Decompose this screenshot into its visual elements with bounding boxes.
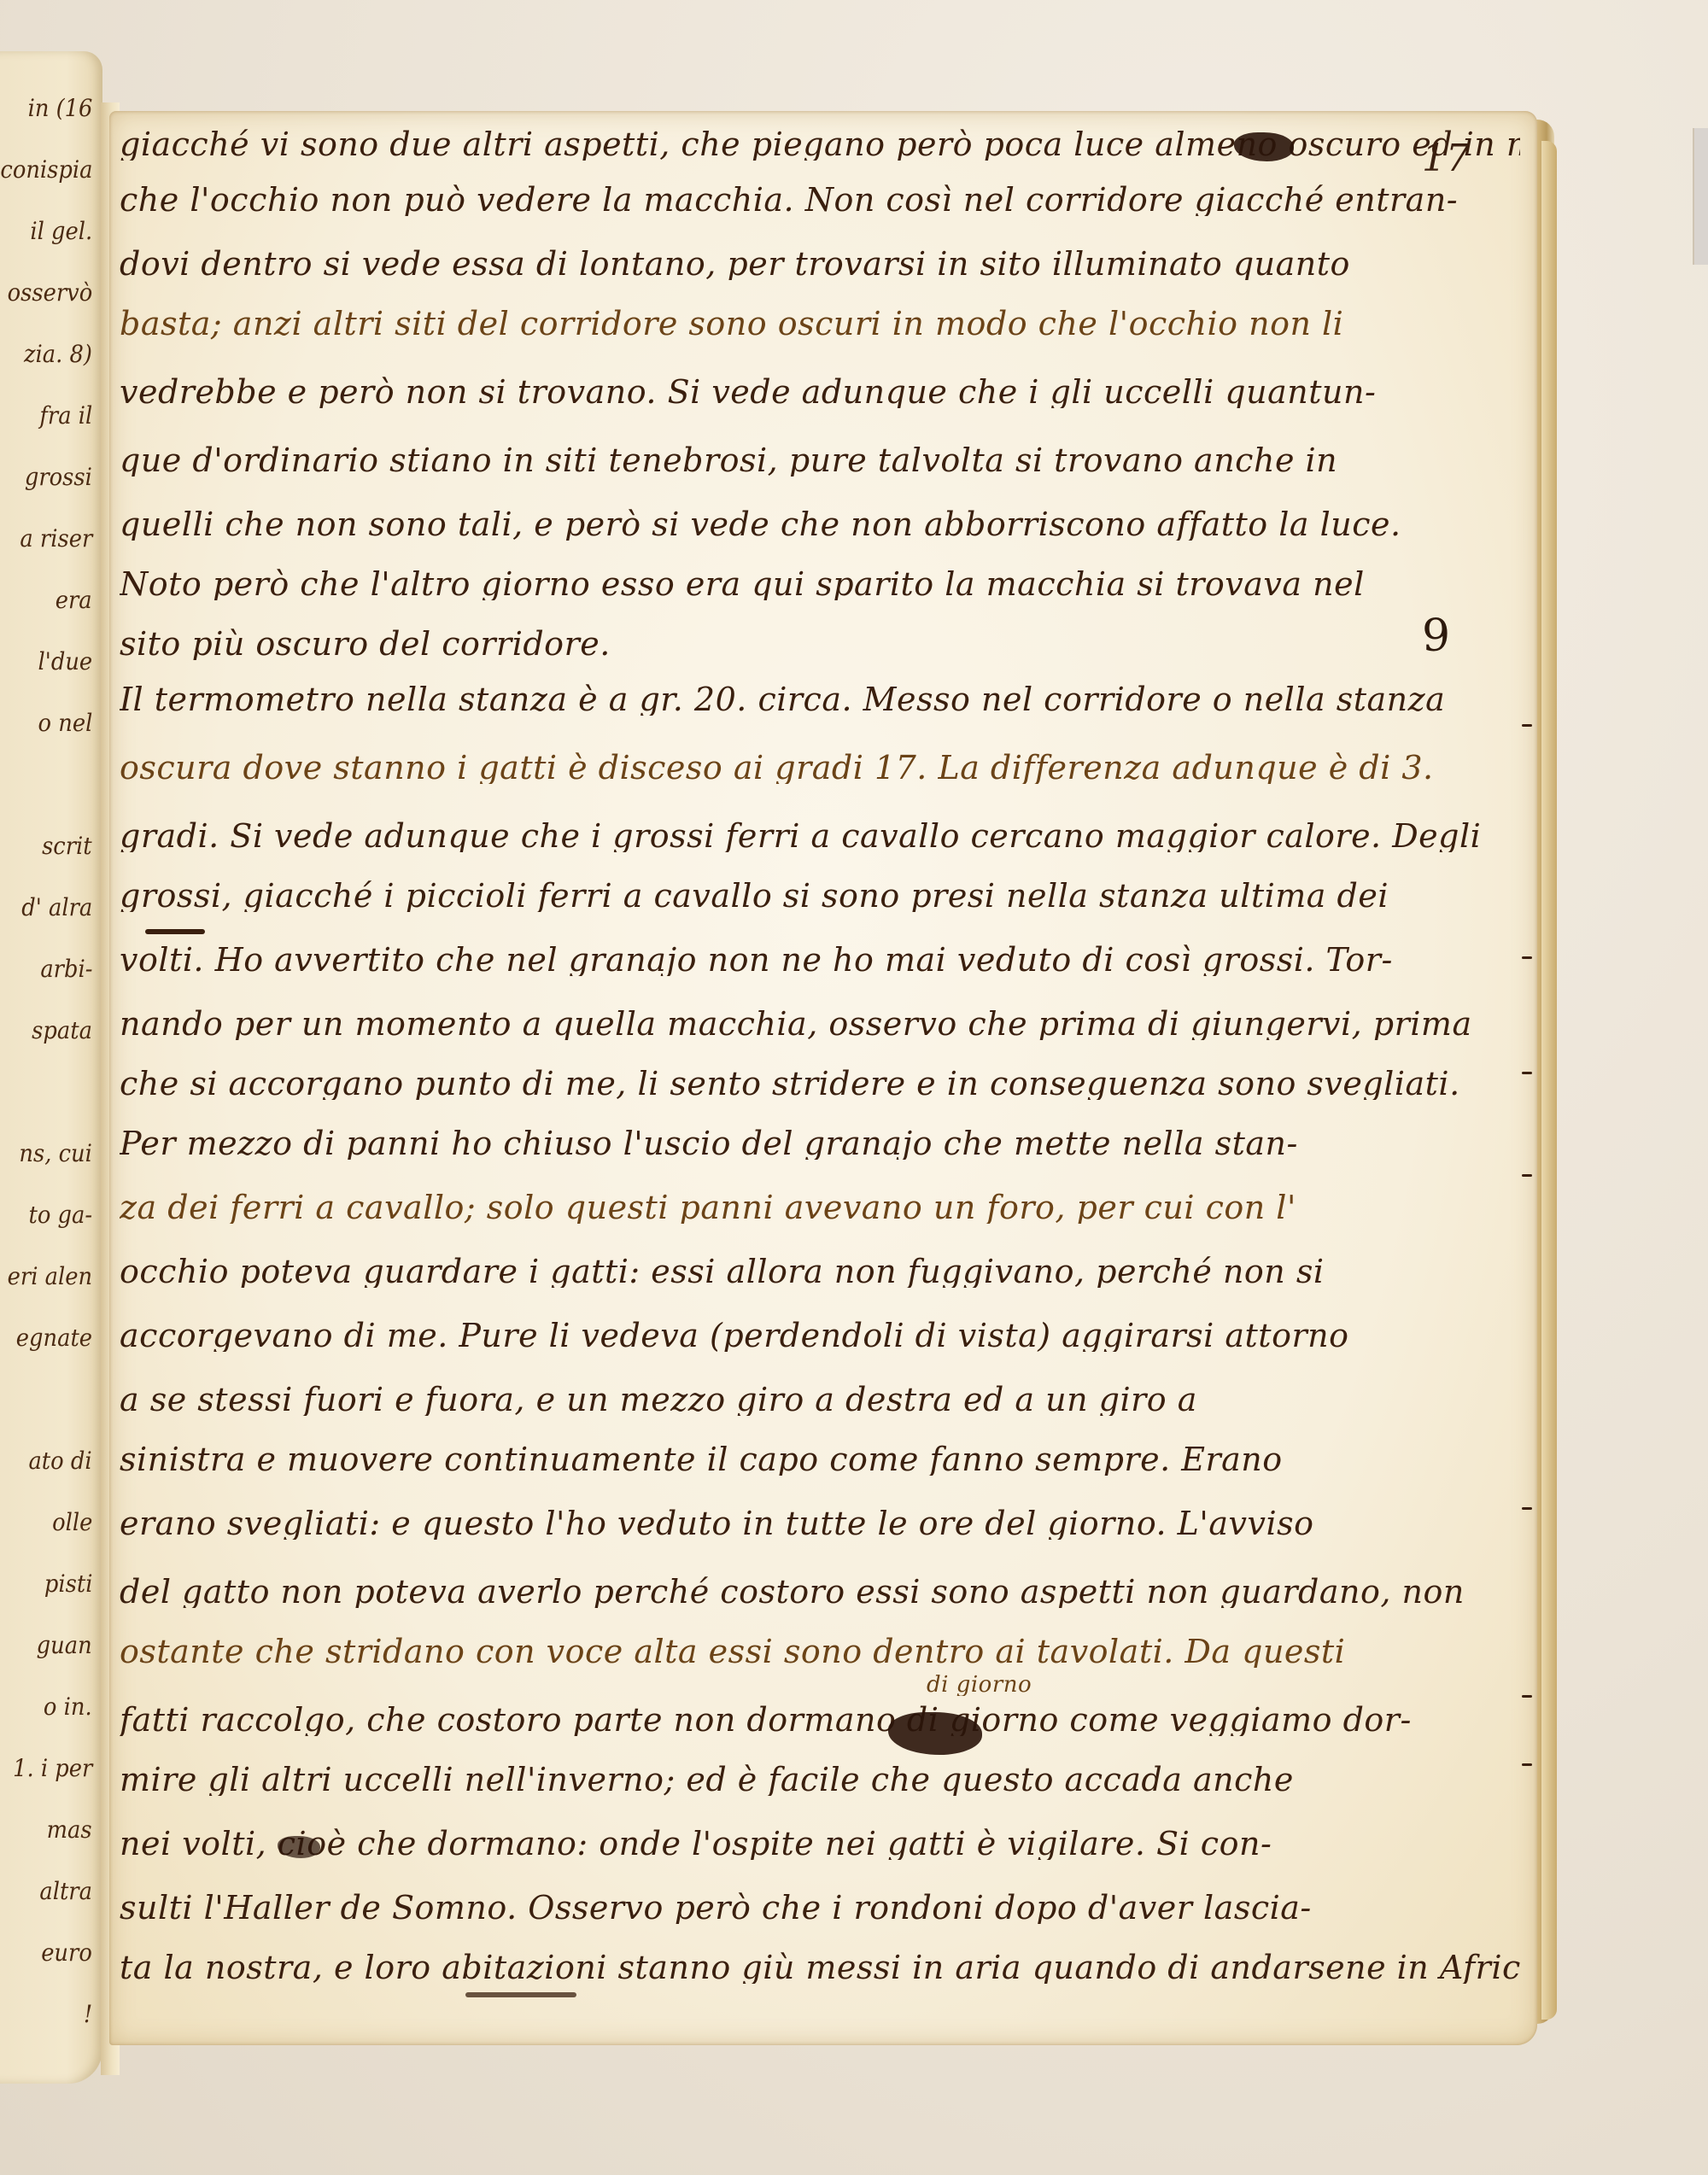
manuscript-line: accorgevano di me. Pure li vedeva (perde… xyxy=(120,1319,1520,1352)
manuscript-line: vedrebbe e però non si trovano. Si vede … xyxy=(120,376,1520,408)
underline-mark xyxy=(465,1992,576,1997)
left-page-fragment: fra il xyxy=(39,401,92,430)
interlinear-insertion: di giorno xyxy=(927,1674,1097,1696)
margin-tick xyxy=(1522,1763,1532,1766)
manuscript-line: che l'occhio non può vedere la macchia. … xyxy=(120,184,1520,216)
manuscript-line: za dei ferri a cavallo; solo questi pann… xyxy=(120,1191,1520,1224)
manuscript-line: gradi. Si vede adunque che i grossi ferr… xyxy=(120,820,1520,852)
left-page-fragment: ! xyxy=(84,2000,92,2028)
manuscript-line: del gatto non poteva averlo perché costo… xyxy=(120,1576,1520,1608)
left-facing-page: in (16conispiail gel.osservòzia. 8)fra i… xyxy=(0,51,102,2084)
manuscript-line: dovi dentro si vede essa di lontano, per… xyxy=(120,248,1520,280)
manuscript-line: grossi, giacché i piccioli ferri a caval… xyxy=(120,880,1520,912)
manuscript-line: sito più oscuro del corridore. xyxy=(120,628,1520,660)
left-page-fragment: altra xyxy=(39,1877,92,1905)
margin-tick xyxy=(1522,1695,1532,1698)
left-page-fragment: d' alra xyxy=(21,893,92,921)
mount-tab xyxy=(1693,128,1708,265)
left-page-fragment: egnate xyxy=(16,1324,92,1352)
left-page-fragment: zia. 8) xyxy=(24,340,92,368)
manuscript-line: giacché vi sono due altri aspetti, che p… xyxy=(120,128,1520,161)
left-page-fragment: osservò xyxy=(7,278,92,307)
margin-tick xyxy=(1522,1174,1532,1177)
left-page-fragment: 1. i per xyxy=(13,1754,92,1782)
left-page-fragment: grossi xyxy=(25,463,92,491)
left-page-fragment: o in. xyxy=(44,1693,92,1721)
manuscript-line: Il termometro nella stanza è a gr. 20. c… xyxy=(120,683,1520,716)
manuscript-line: Noto però che l'altro giorno esso era qu… xyxy=(120,568,1520,600)
manuscript-line: basta; anzi altri siti del corridore son… xyxy=(120,307,1520,340)
left-page-fragment: conispia xyxy=(0,155,92,184)
manuscript-line: sinistra e muovere continuamente il capo… xyxy=(120,1443,1520,1476)
left-page-fragment: a riser xyxy=(20,524,92,553)
manuscript-line: erano svegliati: e questo l'ho veduto in… xyxy=(120,1507,1520,1540)
left-page-fragment: guan xyxy=(37,1631,92,1659)
margin-tick xyxy=(1522,724,1532,727)
left-page-fragment: ns, cui xyxy=(20,1139,92,1167)
left-page-fragment: olle xyxy=(52,1508,92,1536)
left-page-fragment: o nel xyxy=(38,709,92,737)
manuscript-line: ostante che stridano con voce alta essi … xyxy=(120,1635,1520,1668)
margin-tick xyxy=(1522,1507,1532,1510)
manuscript-line: nando per un momento a quella macchia, o… xyxy=(120,1008,1520,1040)
margin-tick xyxy=(1522,956,1532,959)
manuscript-line: quelli che non sono tali, e però si vede… xyxy=(120,508,1520,541)
page-stack-edge-inner xyxy=(1541,141,1557,2020)
manuscript-line: che si accorgano punto di me, li sento s… xyxy=(120,1067,1520,1100)
manuscript-line: que d'ordinario stiano in siti tenebrosi… xyxy=(120,444,1520,477)
left-page-fragment: ato di xyxy=(29,1447,92,1475)
manuscript-line: Per mezzo di panni ho chiuso l'uscio del… xyxy=(120,1127,1520,1160)
manuscript-line: volti. Ho avvertito che nel granajo non … xyxy=(120,944,1520,976)
left-page-fragment: era xyxy=(56,586,92,614)
left-page-fragment: l'due xyxy=(38,647,92,675)
manuscript-line: a se stessi fuori e fuora, e un mezzo gi… xyxy=(120,1383,1520,1416)
left-page-fragment: eri alen xyxy=(8,1262,92,1290)
manuscript-line: fatti raccolgo, che costoro parte non do… xyxy=(120,1704,1520,1736)
left-page-fragment: pisti xyxy=(44,1570,92,1598)
manuscript-line: occhio poteva guardare i gatti: essi all… xyxy=(120,1255,1520,1288)
manuscript-line: mire gli altri uccelli nell'inverno; ed … xyxy=(120,1763,1520,1796)
left-page-fragment: spata xyxy=(32,1016,92,1044)
left-page-fragment: in (16 xyxy=(27,94,92,122)
underline-mark xyxy=(145,929,205,934)
left-page-fragment: scrit xyxy=(42,832,92,860)
left-page-fragment: arbi- xyxy=(40,955,92,983)
margin-tick xyxy=(1522,1072,1532,1074)
left-page-fragment: euro xyxy=(41,1938,92,1967)
manuscript-line: sulti l'Haller de Somno. Osservo però ch… xyxy=(120,1891,1520,1924)
manuscript-line: ta la nostra, e loro abitazioni stanno g… xyxy=(120,1951,1520,1984)
manuscript-line: nei volti, cioè che dormano: onde l'ospi… xyxy=(120,1827,1520,1860)
left-page-fragment: mas xyxy=(47,1815,92,1844)
left-page-fragment: to ga- xyxy=(28,1201,92,1229)
left-page-fragment: il gel. xyxy=(30,217,92,245)
manuscript-line: oscura dove stanno i gatti è disceso ai … xyxy=(120,751,1520,784)
